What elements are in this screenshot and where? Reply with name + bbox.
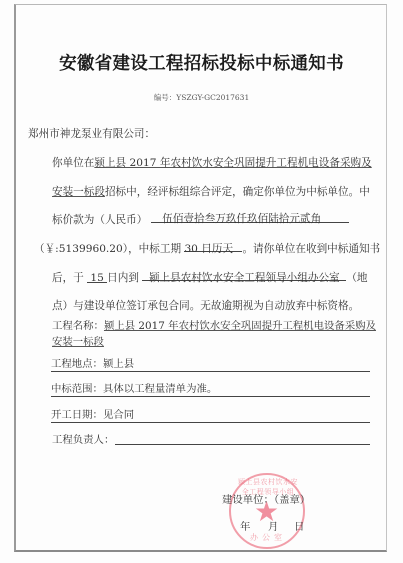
document-number-value: YSZGY-GC2017631 [176,93,249,102]
price-label: 标价款为（人民币） [52,214,147,226]
date-month: 月 [268,518,278,533]
price-numeric: （￥:5139960.20） [34,243,128,255]
body-line-3: 标价款为（人民币） 伍佰壹拾叁万玖仟玖佰陆拾元贰角 [52,212,349,227]
field-label: 开工日期： [51,409,103,421]
document-title: 安徽省建设工程招标投标中标通知书 [0,50,403,75]
project-name-inline-1: 颍上县 2017 年农村饮水安全巩固提升工程机电设备采购及 [94,157,371,169]
project-manager-blank [115,444,370,445]
body-text: （地 [346,272,367,284]
field-label: 工程名称： [52,320,104,332]
days-blank: 15 [87,272,107,283]
body-text: 你单位在 [52,157,94,169]
field-project-name-cont: 安装一标段 [52,333,104,348]
field-bid-scope: 中标范围：具体以工程量清单为准。 [51,382,370,397]
days-value: 15 [90,272,103,284]
date-day: 日 [294,518,304,533]
body-text: 。请你单位在收到中标通知书 [242,243,380,255]
body-text: 招标中，经评标组综合评定，确定你单位为中标单位。中 [105,186,370,198]
project-name-inline-2: 安装一标段 [52,186,105,198]
date-year: 年 [240,518,250,533]
field-value: 见合同 [103,409,134,421]
addressee: 郑州市神龙泵业有限公司： [28,126,155,141]
document-number: 编号：YSZGY-GC2017631 [0,92,403,103]
construction-unit-label: 建设单位：（盖章） [222,491,310,506]
body-line-2: 安装一标段招标中，经评标组综合评定，确定你单位为中标单位。中 [52,184,370,199]
period-blank: 30 日历天 [184,241,242,252]
place-value: 颍上县农村饮水安全工程领导小组办公室 [149,272,340,284]
body-text: 日内到 [107,272,139,284]
field-project-name: 工程名称：颍上县 2017 年农村饮水安全巩固提升工程机电设备采购及 [52,317,376,332]
field-label: 工程地点： [51,358,103,370]
period-label: ，中标工期 [128,243,181,255]
body-text: 后，于 [52,272,84,284]
body-line-1: 你单位在颍上县 2017 年农村饮水安全巩固提升工程机电设备采购及 [52,155,372,170]
field-project-location: 工程地点：颍上县 [51,357,370,372]
price-words: 伍佰壹拾叁万玖仟玖佰陆拾元贰角 [162,213,321,225]
field-value: 颍上县 2017 年农村饮水安全巩固提升工程机电设备采购及 [104,320,376,332]
seal-text-bottom: 办公室 [235,532,301,543]
body-line-5: 后，于 15日内到 颍上县农村饮水安全工程领导小组办公室（地 [52,270,368,285]
field-value: 具体以工程量清单为准。 [103,383,217,395]
field-value-cont: 安装一标段 [52,336,104,348]
field-project-manager: 工程负责人： [52,431,114,446]
field-label: 中标范围： [51,383,103,395]
field-start-date: 开工日期：见合同 [51,408,370,423]
field-value: 颍上县 [103,358,134,370]
document-number-label: 编号： [154,93,177,102]
place-blank: 颍上县农村饮水安全工程领导小组办公室 [142,270,346,281]
field-label: 工程负责人： [52,434,114,446]
official-seal: 颍上县农村饮水安全工程领导小组 ★ 办公室 [229,473,305,549]
body-line-4: （￥:5139960.20），中标工期 30 日历天。请你单位在收到中标通知书 [34,241,380,256]
period-value: 30 日历天 [184,243,233,255]
body-line-6: 点）与建设单位签订承包合同。无故逾期视为自动放弃中标资格。 [52,298,359,313]
price-words-blank: 伍佰壹拾叁万玖仟玖佰陆拾元贰角 [151,212,349,223]
